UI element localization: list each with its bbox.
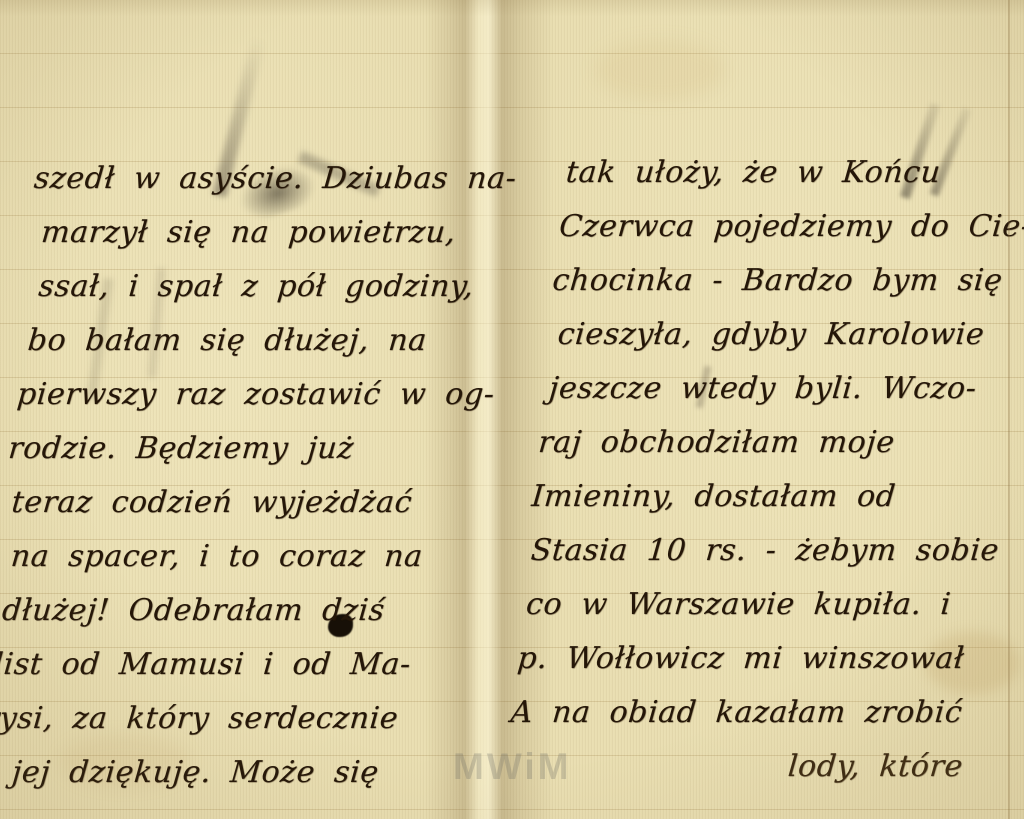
handwritten-line: tak ułoży, że w Końcu	[564, 146, 1024, 200]
handwritten-line: p. Wołłowicz mi winszował	[515, 632, 996, 686]
handwritten-line: Imieniny, dostałam od	[529, 470, 1010, 524]
handwritten-line: Stasia 10 rs. - żebym sobie	[529, 524, 1006, 578]
handwritten-line: bo bałam się dłużej, na	[25, 314, 504, 368]
handwritten-line: na spacer, i to coraz na	[9, 530, 486, 584]
handwritten-line: chocinka - Bardzo bym się	[550, 254, 1024, 308]
handwritten-line: rysi, za który serdecznie	[0, 692, 472, 746]
handwritten-line: dłużej! Odebrałam dziś	[0, 584, 481, 638]
handwritten-line: jeszcze wtedy byli. Wczo-	[547, 362, 1020, 416]
handwritten-line: cieszyła, gdyby Karolowie	[555, 308, 1024, 362]
handwritten-line: list od Mamusi i od Ma-	[0, 638, 476, 692]
left-page-text: szedł w asyście. Dziubas na- marzył się …	[0, 152, 519, 800]
right-page-text: tak ułoży, że w Końcu Czerwca pojedziemy…	[504, 146, 1024, 794]
watermark: MWiM	[453, 746, 572, 788]
handwritten-line: pierwszy raz zostawić w og-	[15, 368, 500, 422]
handwritten-line: lody, które	[786, 740, 987, 794]
handwritten-line: rodzie. Będziemy już	[6, 422, 495, 476]
handwritten-line: ssał, i spał z pół godziny,	[36, 260, 509, 314]
diary-scan: szedł w asyście. Dziubas na- marzył się …	[0, 0, 1024, 819]
handwritten-line: A na obiad kazałam zrobić	[508, 686, 991, 740]
handwritten-line: marzył się na powietrzu,	[39, 206, 514, 260]
handwritten-line: raj obchodziłam moje	[536, 416, 1015, 470]
handwritten-line: jej dziękuję. Może się	[10, 746, 467, 800]
handwritten-line: co w Warszawie kupiła. i	[524, 578, 1001, 632]
handwritten-line: Czerwca pojedziemy do Cie-	[557, 200, 1024, 254]
handwritten-line: szedł w asyście. Dziubas na-	[32, 152, 519, 206]
handwritten-line: teraz codzień wyjeżdżać	[9, 476, 490, 530]
